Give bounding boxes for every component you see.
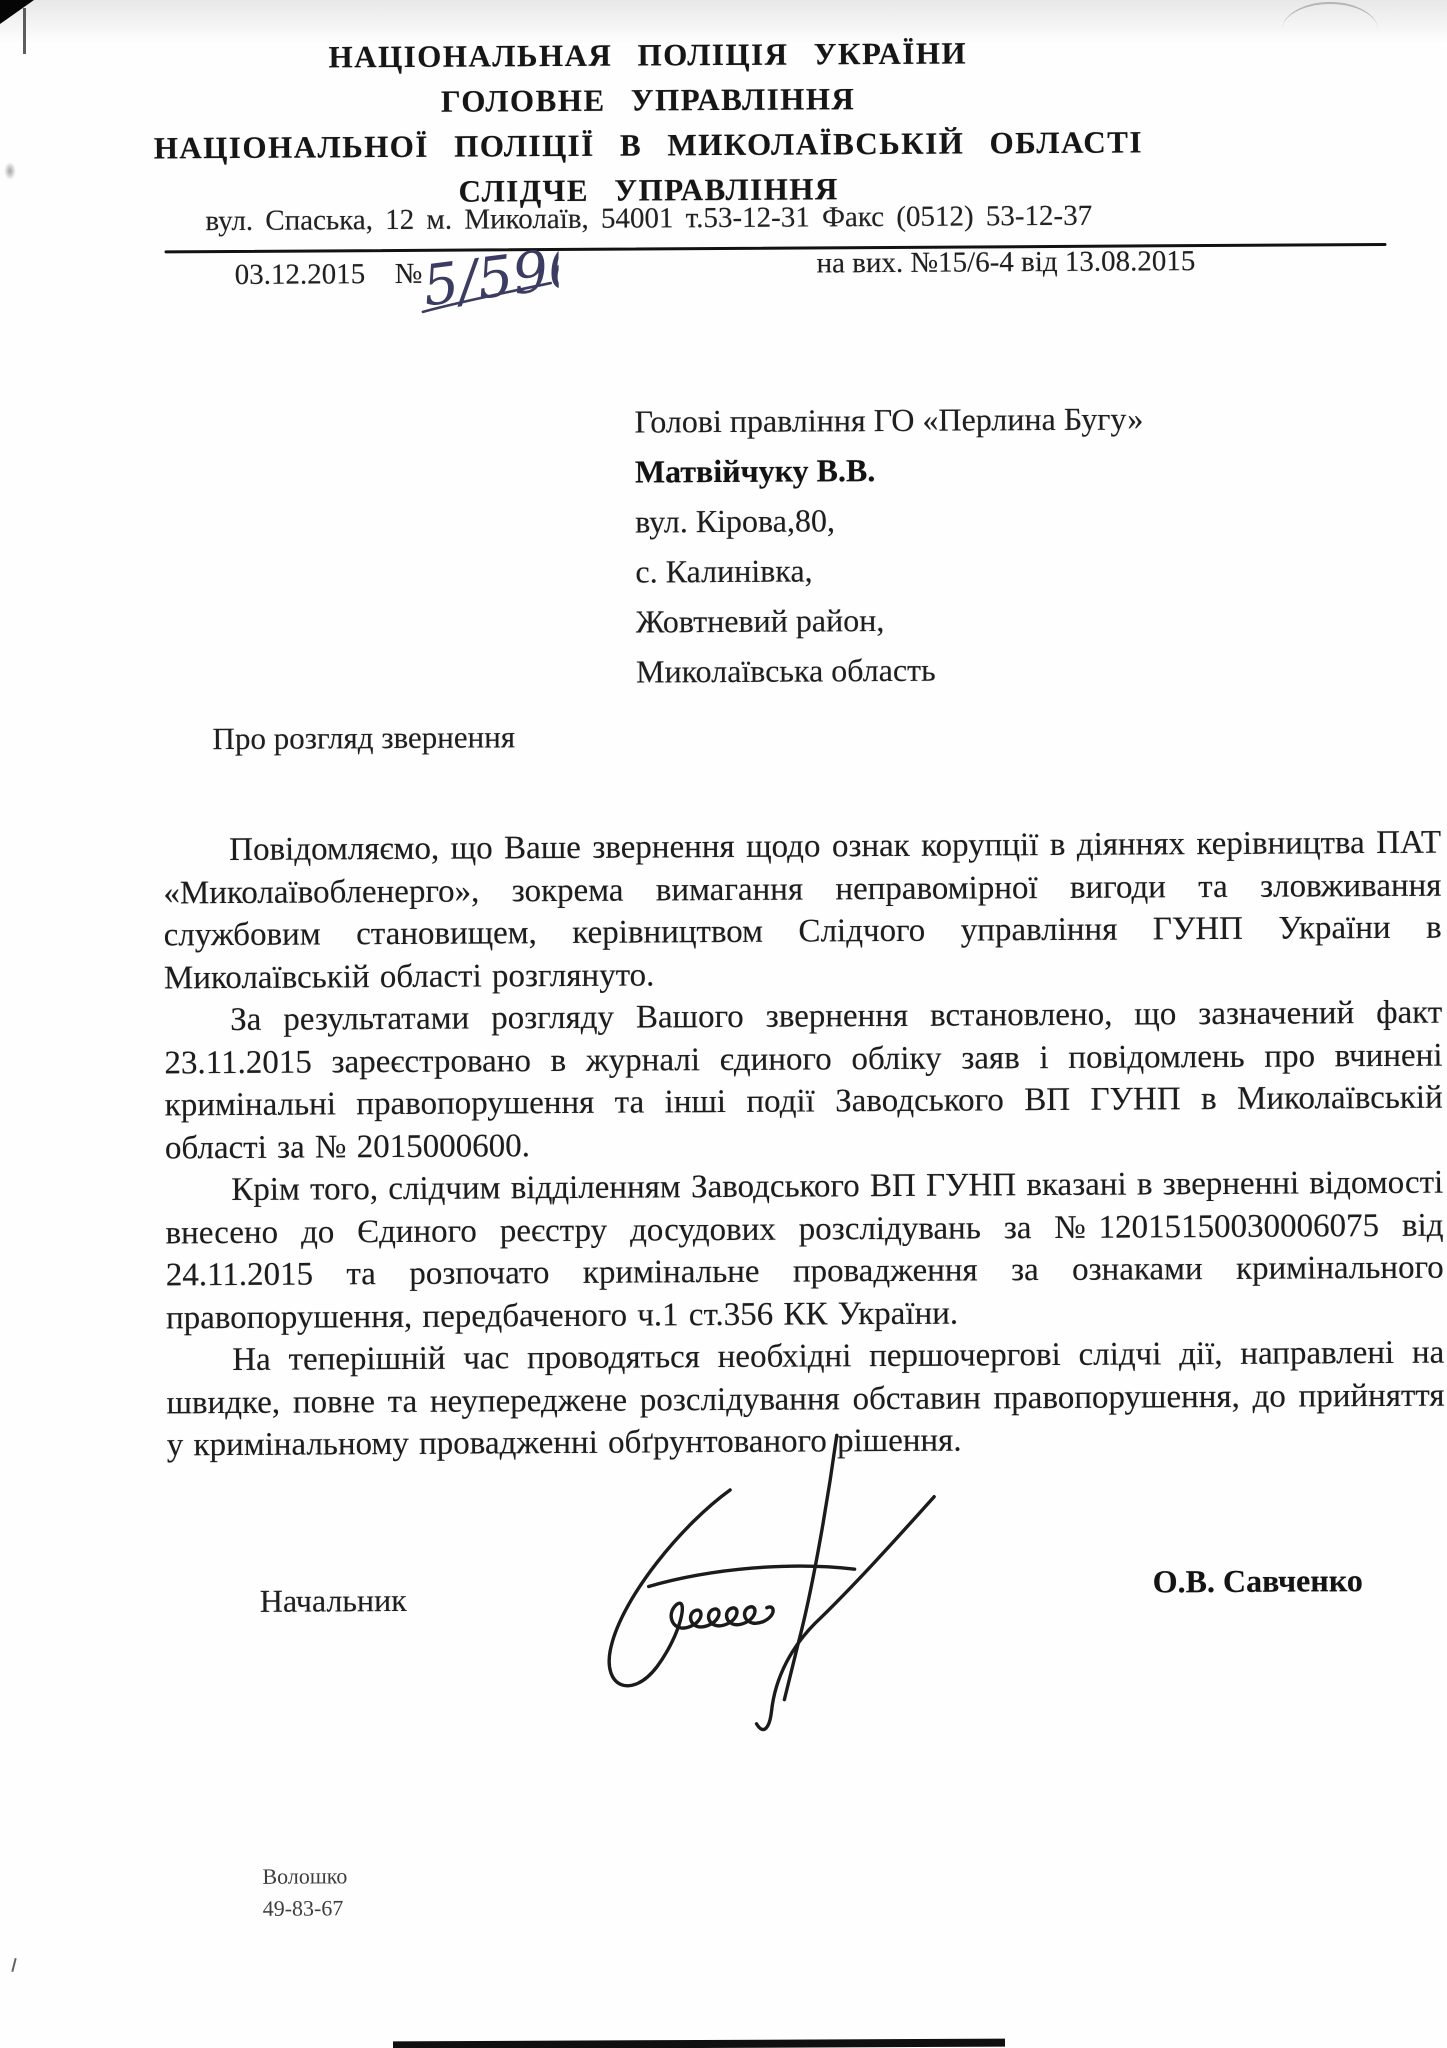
addressee-block: Голові правління ГО «Перлина Бугу» Матві… [634,393,1145,696]
addressee-street: вул. Кірова,80, [635,493,1144,546]
addressee-region: Миколаївська область [636,643,1145,696]
letterhead-address: вул. Спаська, 12 м. Миколаїв, 54001 т.53… [66,199,1231,239]
handwritten-signature [552,1426,974,1759]
signer-title: Начальник [260,1582,407,1620]
body-paragraph: Крім того, слідчим відділенням Заводсько… [165,1162,1444,1340]
letterhead-org-line2: ГОЛОВНЕ УПРАВЛІННЯ [65,74,1230,126]
scanned-letter-page: НАЦІОНАЛЬНАЯ ПОЛІЦІЯ УКРАЇНИ ГОЛОВНЕ УПР… [0,0,1447,2048]
signer-name: О.В. Савченко [1153,1562,1363,1600]
handwritten-number-text: 5/596 [419,237,559,320]
addressee-name: Матвійчуку В.В. [635,443,1144,496]
letter-body: Повідомляємо, що Ваше звернення щодо озн… [163,822,1445,1467]
letterhead-divider [165,243,1387,253]
executor-phone: 49-83-67 [263,1892,348,1925]
letterhead-org-line3: НАЦІОНАЛЬНОЇ ПОЛІЦІЇ В МИКОЛАЇВСЬКІЙ ОБЛ… [66,119,1231,171]
body-paragraph: За результатами розгляду Вашого зверненн… [164,992,1443,1170]
body-paragraph: Повідомляємо, що Ваше звернення щодо озн… [163,822,1442,1000]
subject-line: Про розгляд звернення [212,719,515,757]
executor-block: Волошко 49-83-67 [262,1860,347,1925]
letterhead: НАЦІОНАЛЬНАЯ ПОЛІЦІЯ УКРАЇНИ ГОЛОВНЕ УПР… [65,29,1231,216]
reply-reference: на вих. №15/6-4 від 13.08.2015 [817,245,1196,280]
letter-content: НАЦІОНАЛЬНАЯ ПОЛІЦІЯ УКРАЇНИ ГОЛОВНЕ УПР… [0,0,1447,2048]
addressee-district: Жовтневий район, [636,593,1145,646]
letterhead-org-line1: НАЦІОНАЛЬНАЯ ПОЛІЦІЯ УКРАЇНИ [65,29,1230,81]
handwritten-outgoing-number: 5/596 [418,237,559,334]
addressee-role: Голові правління ГО «Перлина Бугу» [634,393,1143,446]
addressee-village: с. Калинівка, [635,543,1144,596]
executor-name: Волошко [262,1860,347,1893]
outgoing-date: 03.12.2015 [235,258,366,292]
